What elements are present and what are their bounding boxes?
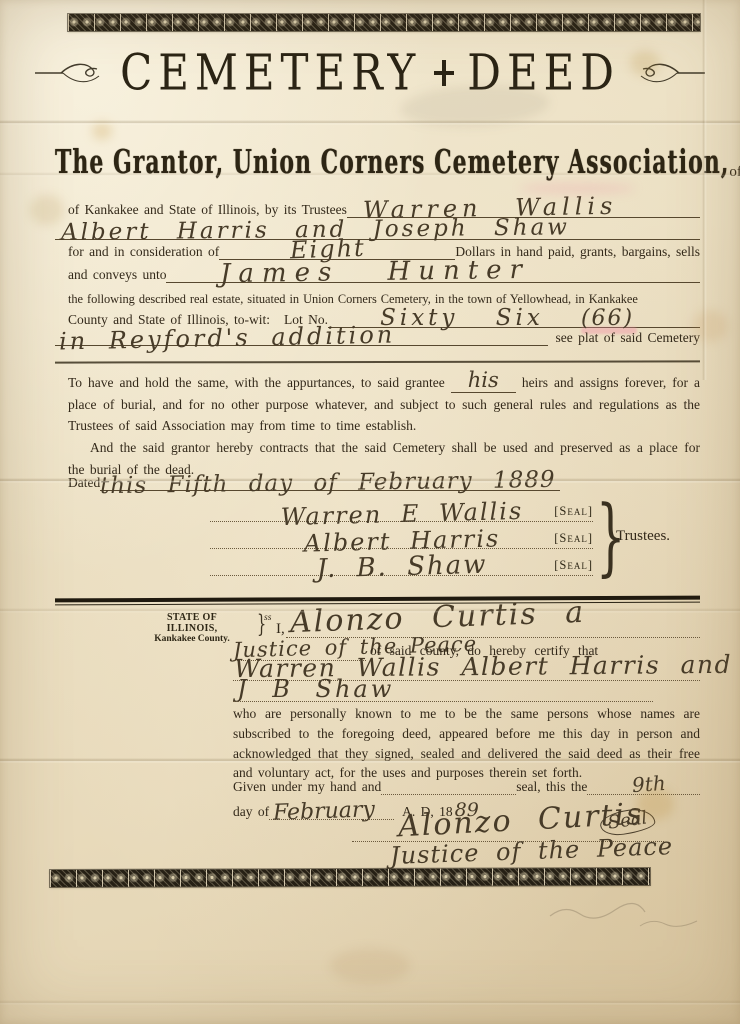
dated-label: Dated xyxy=(68,475,100,491)
seal-label: [Seal] xyxy=(554,531,593,546)
fold-crease xyxy=(0,1000,740,1005)
title-word-deed: DEED xyxy=(467,44,620,102)
stain-spot xyxy=(92,122,112,140)
grantee-blank-line: James Hunter xyxy=(166,261,700,283)
persons2-handwriting: J B Shaw xyxy=(237,677,394,701)
cross-ornament-icon xyxy=(434,60,454,86)
given-pre-label: Given under my hand and xyxy=(233,779,381,795)
conveys-label: and conveys unto xyxy=(68,267,166,283)
document-title-row: CEMETERY DEED xyxy=(0,48,740,97)
habendum-pre: To have and hold the same, with the appu… xyxy=(68,375,445,390)
day-number-handwriting: 9th xyxy=(632,773,667,795)
consideration-label: for and in consideration of xyxy=(68,244,219,260)
venue-state: STATE OF ILLINOIS, xyxy=(143,612,241,634)
see-plat-label: see plat of said Cemetery xyxy=(556,330,700,346)
addition-blank-line: in Reyford's addition xyxy=(55,326,548,346)
notary-i-label: I, xyxy=(276,621,285,638)
conveys-line: and conveys unto James Hunter xyxy=(68,261,700,283)
day-of-label: day of xyxy=(233,804,269,820)
signatures-block: Warren E Wallis [Seal] Albert Harris [Se… xyxy=(210,495,593,576)
ornamental-border-top xyxy=(68,14,700,31)
signature-row: J. B. Shaw [Seal] xyxy=(210,549,593,576)
seal-label: [Seal] xyxy=(554,558,593,573)
given-post-label: seal, this the xyxy=(516,779,587,795)
habendum-paragraph: To have and hold the same, with the appu… xyxy=(68,372,700,437)
seal-label: [Seal] xyxy=(554,504,593,519)
dated-blank-line: this Fifth day of February 1889 xyxy=(100,467,560,491)
trustees2-blank-line: Albert Harris and Joseph Shaw xyxy=(55,218,700,240)
pencil-marks xyxy=(545,888,715,933)
addition-handwriting: in Reyford's addition xyxy=(59,322,396,353)
fold-crease xyxy=(0,120,740,125)
ss-label: ss xyxy=(264,613,271,623)
given-blank-2: 9th xyxy=(587,773,700,795)
trustees-group-label: Trustees. xyxy=(616,528,670,545)
venue-block: STATE OF ILLINOIS, Kankakee County. xyxy=(143,612,241,644)
dated-handwriting: this Fifth day of February 1889 xyxy=(100,469,556,498)
stain-spot xyxy=(330,948,410,984)
grantee-handwriting: James Hunter xyxy=(220,257,530,287)
trustees-line: of Kankakee and State of Illinois, by it… xyxy=(68,196,700,218)
month-handwriting: February xyxy=(273,799,376,825)
signature-row: Albert Harris [Seal] xyxy=(210,522,593,549)
month-blank-line: February xyxy=(269,798,394,820)
given-blank-1 xyxy=(381,773,516,795)
persons2-line xyxy=(233,701,653,702)
trustees-line-label: of Kankakee and State of Illinois, by it… xyxy=(68,202,347,218)
grantor-heading: The Grantor, Union Corners Cemetery Asso… xyxy=(55,144,729,182)
given-line: Given under my hand and seal, this the 9… xyxy=(233,773,700,795)
flourish-left-icon xyxy=(33,60,107,86)
venue-county: Kankakee County. xyxy=(143,634,241,644)
acknowledgment-paragraph: who are personally known to me to be the… xyxy=(233,704,700,783)
document-page: CEMETERY DEED The Grantor, Union Corners… xyxy=(0,0,740,1024)
grantee-pronoun-handwriting: his xyxy=(451,368,516,393)
flourish-right-icon xyxy=(633,60,707,86)
signature-row: Warren E Wallis [Seal] xyxy=(210,495,593,522)
ornamental-border-bottom xyxy=(50,868,650,887)
grantor-heading-row: The Grantor, Union Corners Cemetery Asso… xyxy=(55,146,703,182)
title-word-cemetery: CEMETERY xyxy=(120,44,421,102)
addition-line: in Reyford's addition see plat of said C… xyxy=(55,326,700,346)
signature-handwriting: J. B. Shaw xyxy=(316,552,488,582)
trustees-line-2: Albert Harris and Joseph Shaw xyxy=(55,218,700,240)
grantor-heading-suffix: of the county xyxy=(729,164,740,182)
section-divider-rule xyxy=(55,360,700,363)
dated-line: Dated this Fifth day of February 1889 xyxy=(68,467,560,491)
